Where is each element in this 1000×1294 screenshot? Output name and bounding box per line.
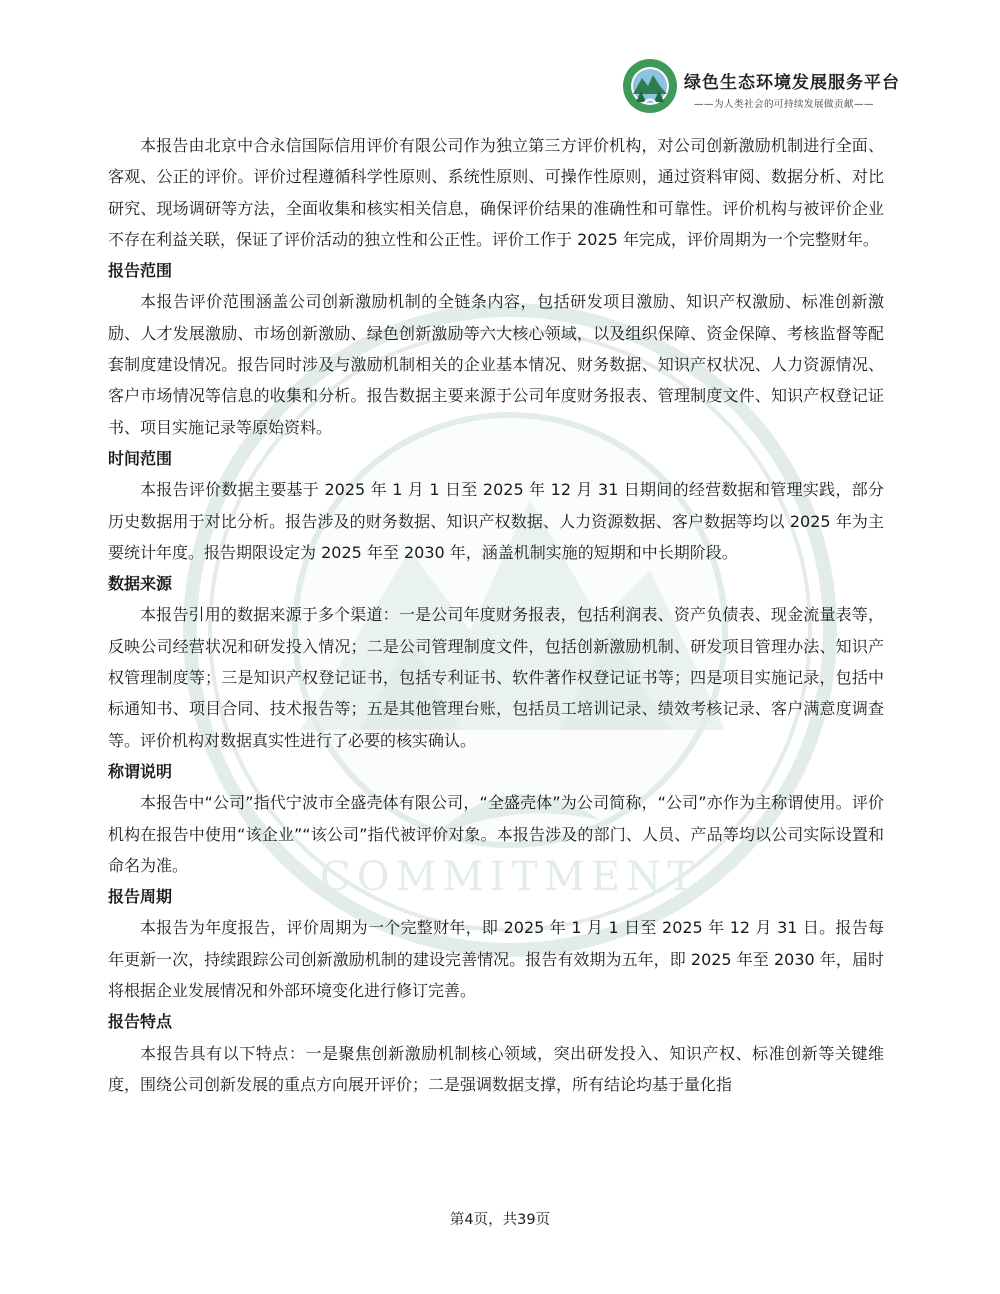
platform-slogan: ——为人类社会的可持续发展做贡献—— bbox=[694, 96, 874, 110]
section-body-features: 本报告具有以下特点：一是聚焦创新激励机制核心领域，突出研发投入、知识产权、标准创… bbox=[108, 1038, 884, 1101]
intro-paragraph: 本报告由北京中合永信国际信用评价有限公司作为独立第三方评价机构，对公司创新激励机… bbox=[108, 130, 884, 255]
page-indicator: 第4页，共39页 bbox=[0, 1208, 1000, 1229]
platform-title: 绿色生态环境发展服务平台 bbox=[684, 68, 900, 93]
section-body-terminology: 本报告中“公司”指代宁波市全盛壳体有限公司，“全盛壳体”为公司简称，“公司”亦作… bbox=[108, 787, 884, 881]
section-body-scope: 本报告评价范围涵盖公司创新激励机制的全链条内容，包括研发项目激励、知识产权激励、… bbox=[108, 286, 884, 442]
section-body-report-cycle: 本报告为年度报告，评价周期为一个完整财年，即 2025 年 1 月 1 日至 2… bbox=[108, 912, 884, 1006]
green-eco-seal-icon bbox=[622, 58, 678, 114]
section-body-data-source: 本报告引用的数据来源于多个渠道：一是公司年度财务报表，包括利润表、资产负债表、现… bbox=[108, 599, 884, 755]
section-heading-terminology: 称谓说明 bbox=[108, 756, 884, 787]
section-heading-features: 报告特点 bbox=[108, 1006, 884, 1037]
section-heading-data-source: 数据来源 bbox=[108, 568, 884, 599]
section-body-time-range: 本报告评价数据主要基于 2025 年 1 月 1 日至 2025 年 12 月 … bbox=[108, 474, 884, 568]
section-heading-time-range: 时间范围 bbox=[108, 443, 884, 474]
section-heading-scope: 报告范围 bbox=[108, 255, 884, 286]
document-body: 本报告由北京中合永信国际信用评价有限公司作为独立第三方评价机构，对公司创新激励机… bbox=[108, 130, 884, 1100]
section-heading-report-cycle: 报告周期 bbox=[108, 881, 884, 912]
